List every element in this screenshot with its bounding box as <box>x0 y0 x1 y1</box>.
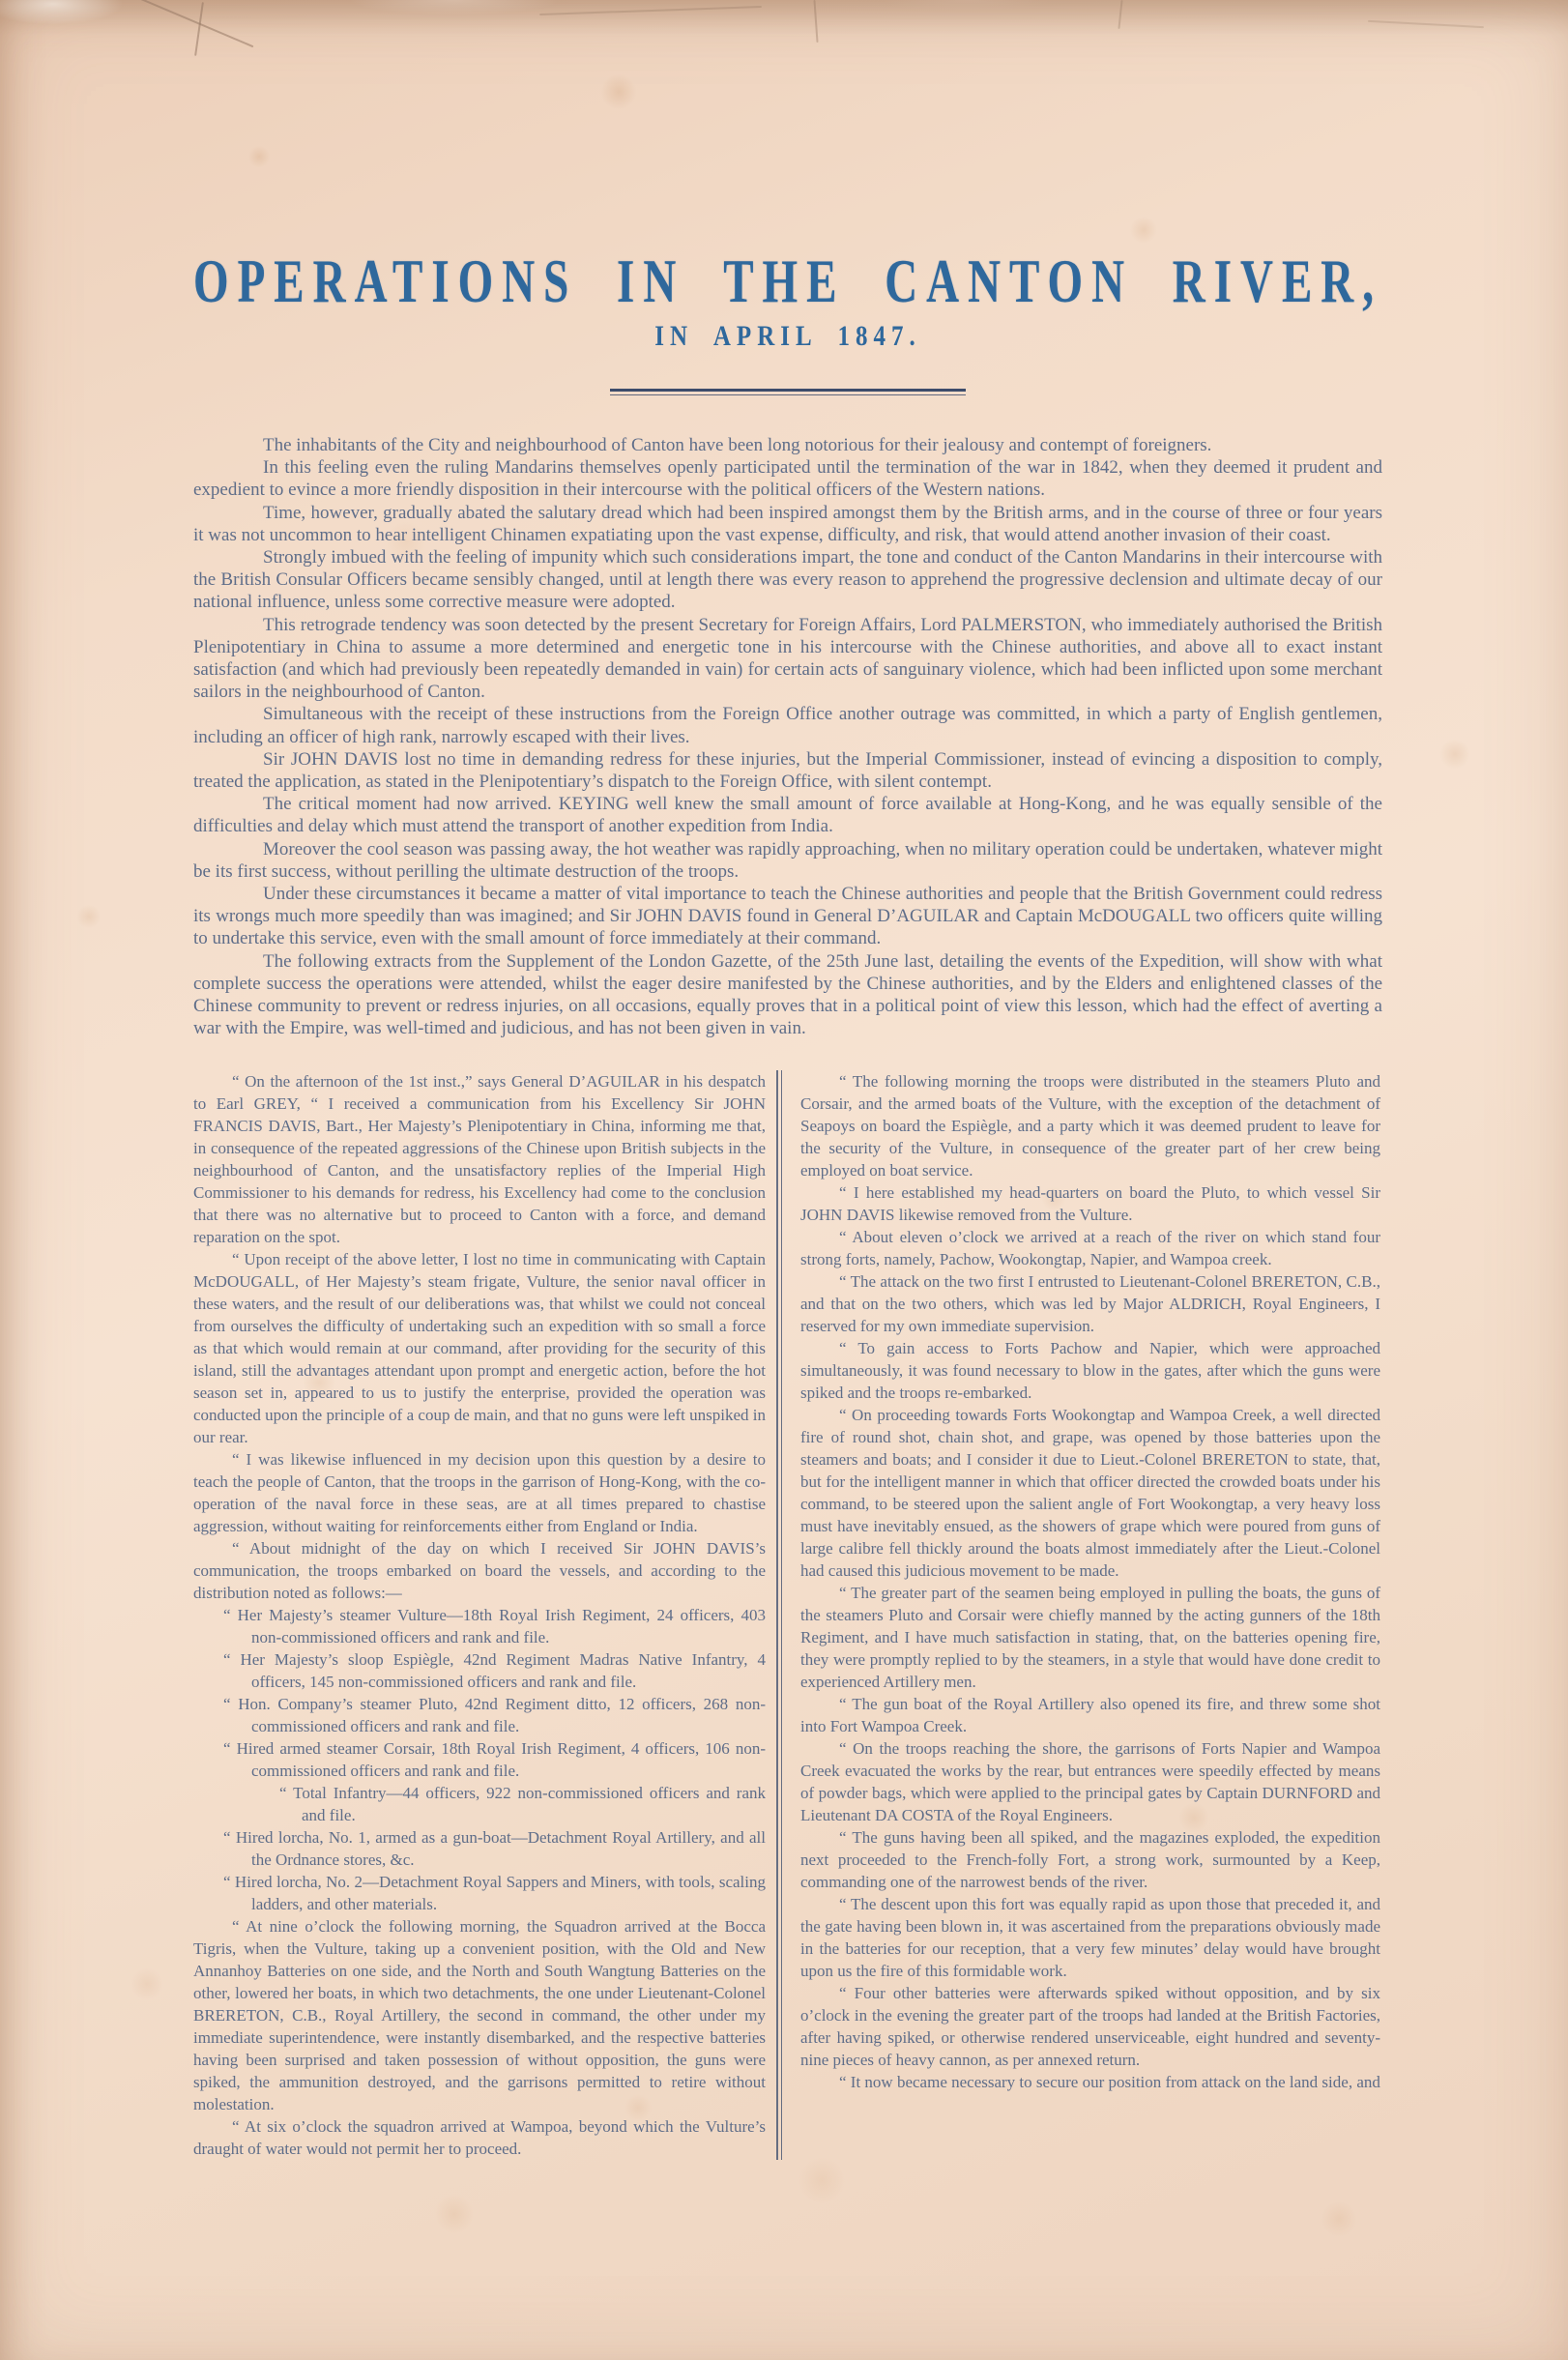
column-paragraph: “ Four other batteries were afterwards s… <box>800 1982 1380 2071</box>
column-paragraph: “ It now became necessary to secure our … <box>800 2071 1380 2093</box>
column-paragraph: “ On proceeding towards Forts Wookongtap… <box>800 1404 1380 1582</box>
column-paragraph: “ Her Majesty’s sloop Espiègle, 42nd Reg… <box>193 1648 766 1693</box>
column-paragraph: “ On the troops reaching the shore, the … <box>800 1737 1380 1826</box>
intro-paragraph: Simultaneous with the receipt of these i… <box>193 703 1382 747</box>
column-paragraph: “ Hired lorcha, No. 1, armed as a gun-bo… <box>193 1826 766 1871</box>
column-paragraph: “ The attack on the two first I entruste… <box>800 1270 1380 1337</box>
document-subtitle: IN APRIL 1847. <box>193 321 1382 354</box>
left-column: “ On the afternoon of the 1st inst.,” sa… <box>193 1070 766 2160</box>
column-paragraph: “ The following morning the troops were … <box>800 1070 1380 1181</box>
column-paragraph: “ I here established my head-quarters on… <box>800 1181 1380 1226</box>
intro-paragraph: Strongly imbued with the feeling of impu… <box>193 546 1382 614</box>
column-paragraph: “ The guns having been all spiked, and t… <box>800 1826 1380 1893</box>
column-paragraph: “ At six o’clock the squadron arrived at… <box>193 2115 766 2160</box>
column-paragraph: “ I was likewise influenced in my decisi… <box>193 1448 766 1537</box>
intro-paragraph: The following extracts from the Suppleme… <box>193 950 1382 1040</box>
column-paragraph: “ To gain access to Forts Pachow and Nap… <box>800 1337 1380 1404</box>
column-paragraph: “ About eleven o’clock we arrived at a r… <box>800 1226 1380 1270</box>
column-paragraph: “ Hired armed steamer Corsair, 18th Roya… <box>193 1737 766 1782</box>
column-divider-rule <box>776 1070 782 2160</box>
column-paragraph: “ Her Majesty’s steamer Vulture—18th Roy… <box>193 1604 766 1648</box>
intro-paragraph: In this feeling even the ruling Mandarin… <box>193 456 1382 501</box>
column-paragraph: “ The greater part of the seamen being e… <box>800 1582 1380 1693</box>
column-paragraph: “ Total Infantry—44 officers, 922 non-co… <box>193 1782 766 1826</box>
column-paragraph: “ Hon. Company’s steamer Pluto, 42nd Reg… <box>193 1693 766 1737</box>
document-title: OPERATIONS IN THE CANTON RIVER, <box>193 244 1382 320</box>
intro-paragraph: Sir JOHN DAVIS lost no time in demanding… <box>193 748 1382 793</box>
column-paragraph: “ The gun boat of the Royal Artillery al… <box>800 1693 1380 1737</box>
column-paragraph: “ On the afternoon of the 1st inst.,” sa… <box>193 1070 766 1248</box>
intro-paragraph: The inhabitants of the City and neighbou… <box>193 434 1382 456</box>
intro-paragraph: The critical moment had now arrived. KEY… <box>193 793 1382 837</box>
page-content: OPERATIONS IN THE CANTON RIVER, IN APRIL… <box>193 0 1382 2160</box>
right-column: “ The following morning the troops were … <box>800 1070 1380 2160</box>
intro-paragraph: Moreover the cool season was passing awa… <box>193 838 1382 883</box>
document-page: OPERATIONS IN THE CANTON RIVER, IN APRIL… <box>0 0 1568 2360</box>
column-paragraph: “ Upon receipt of the above letter, I lo… <box>193 1248 766 1448</box>
column-paragraph: “ At nine o’clock the following morning,… <box>193 1915 766 2115</box>
intro-paragraph: Under these circumstances it became a ma… <box>193 883 1382 950</box>
intro-section: The inhabitants of the City and neighbou… <box>193 434 1382 1039</box>
title-rule <box>610 389 966 395</box>
column-paragraph: “ The descent upon this fort was equally… <box>800 1893 1380 1982</box>
two-column-section: “ On the afternoon of the 1st inst.,” sa… <box>193 1070 1382 2160</box>
intro-paragraph: Time, however, gradually abated the salu… <box>193 502 1382 546</box>
intro-paragraph: This retrograde tendency was soon detect… <box>193 614 1382 704</box>
column-paragraph: “ About midnight of the day on which I r… <box>193 1537 766 1604</box>
column-paragraph: “ Hired lorcha, No. 2—Detachment Royal S… <box>193 1871 766 1915</box>
